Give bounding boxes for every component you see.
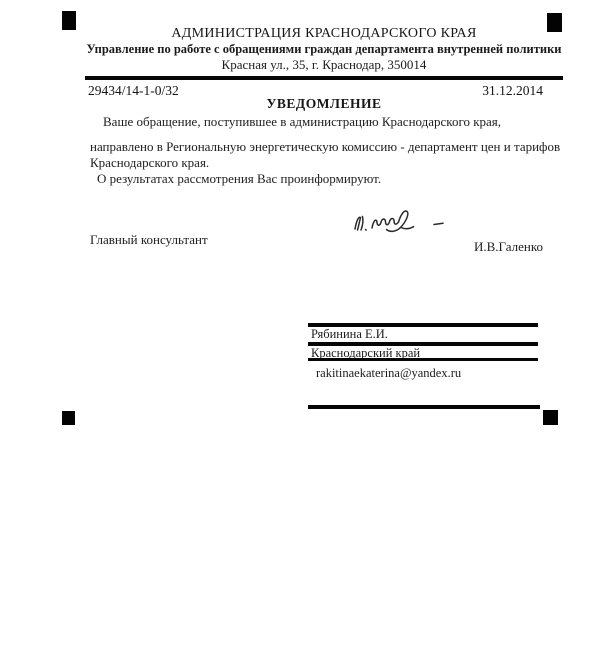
handwritten-signature-icon: [348, 202, 448, 244]
document-title: УВЕДОМЛЕНИЕ: [85, 96, 563, 112]
department-name: Управление по работе с обращениями гражд…: [85, 42, 563, 57]
organization-address: Красная ул., 35, г. Краснодар, 350014: [85, 57, 563, 73]
registration-mark-mid-right-icon: [543, 410, 558, 425]
contact-divider: [308, 323, 538, 327]
registration-mark-top-left-icon: [62, 11, 76, 30]
signatory-position: Главный консультант: [90, 232, 208, 248]
body-line: Краснодарского края.: [90, 155, 560, 171]
letterhead: АДМИНИСТРАЦИЯ КРАСНОДАРСКОГО КРАЯ Управл…: [85, 25, 563, 73]
contact-divider: [308, 342, 538, 346]
contact-divider: [308, 358, 538, 361]
organization-name: АДМИНИСТРАЦИЯ КРАСНОДАРСКОГО КРАЯ: [85, 25, 563, 42]
bottom-divider: [308, 405, 540, 409]
letterhead-divider: [85, 76, 563, 80]
registration-mark-mid-left-icon: [62, 411, 75, 425]
applicant-name: Рябинина Е.И.: [311, 327, 388, 342]
body-line: Ваше обращение, поступившее в администра…: [90, 114, 573, 130]
scanned-letter-page: АДМИНИСТРАЦИЯ КРАСНОДАРСКОГО КРАЯ Управл…: [0, 0, 590, 656]
body-line: О результатах рассмотрения Вас проинформ…: [90, 171, 567, 187]
signatory-name: И.В.Галенко: [474, 239, 543, 255]
body-line: направлено в Региональную энергетическую…: [90, 139, 560, 155]
applicant-email: rakitinaekaterina@yandex.ru: [316, 366, 461, 381]
